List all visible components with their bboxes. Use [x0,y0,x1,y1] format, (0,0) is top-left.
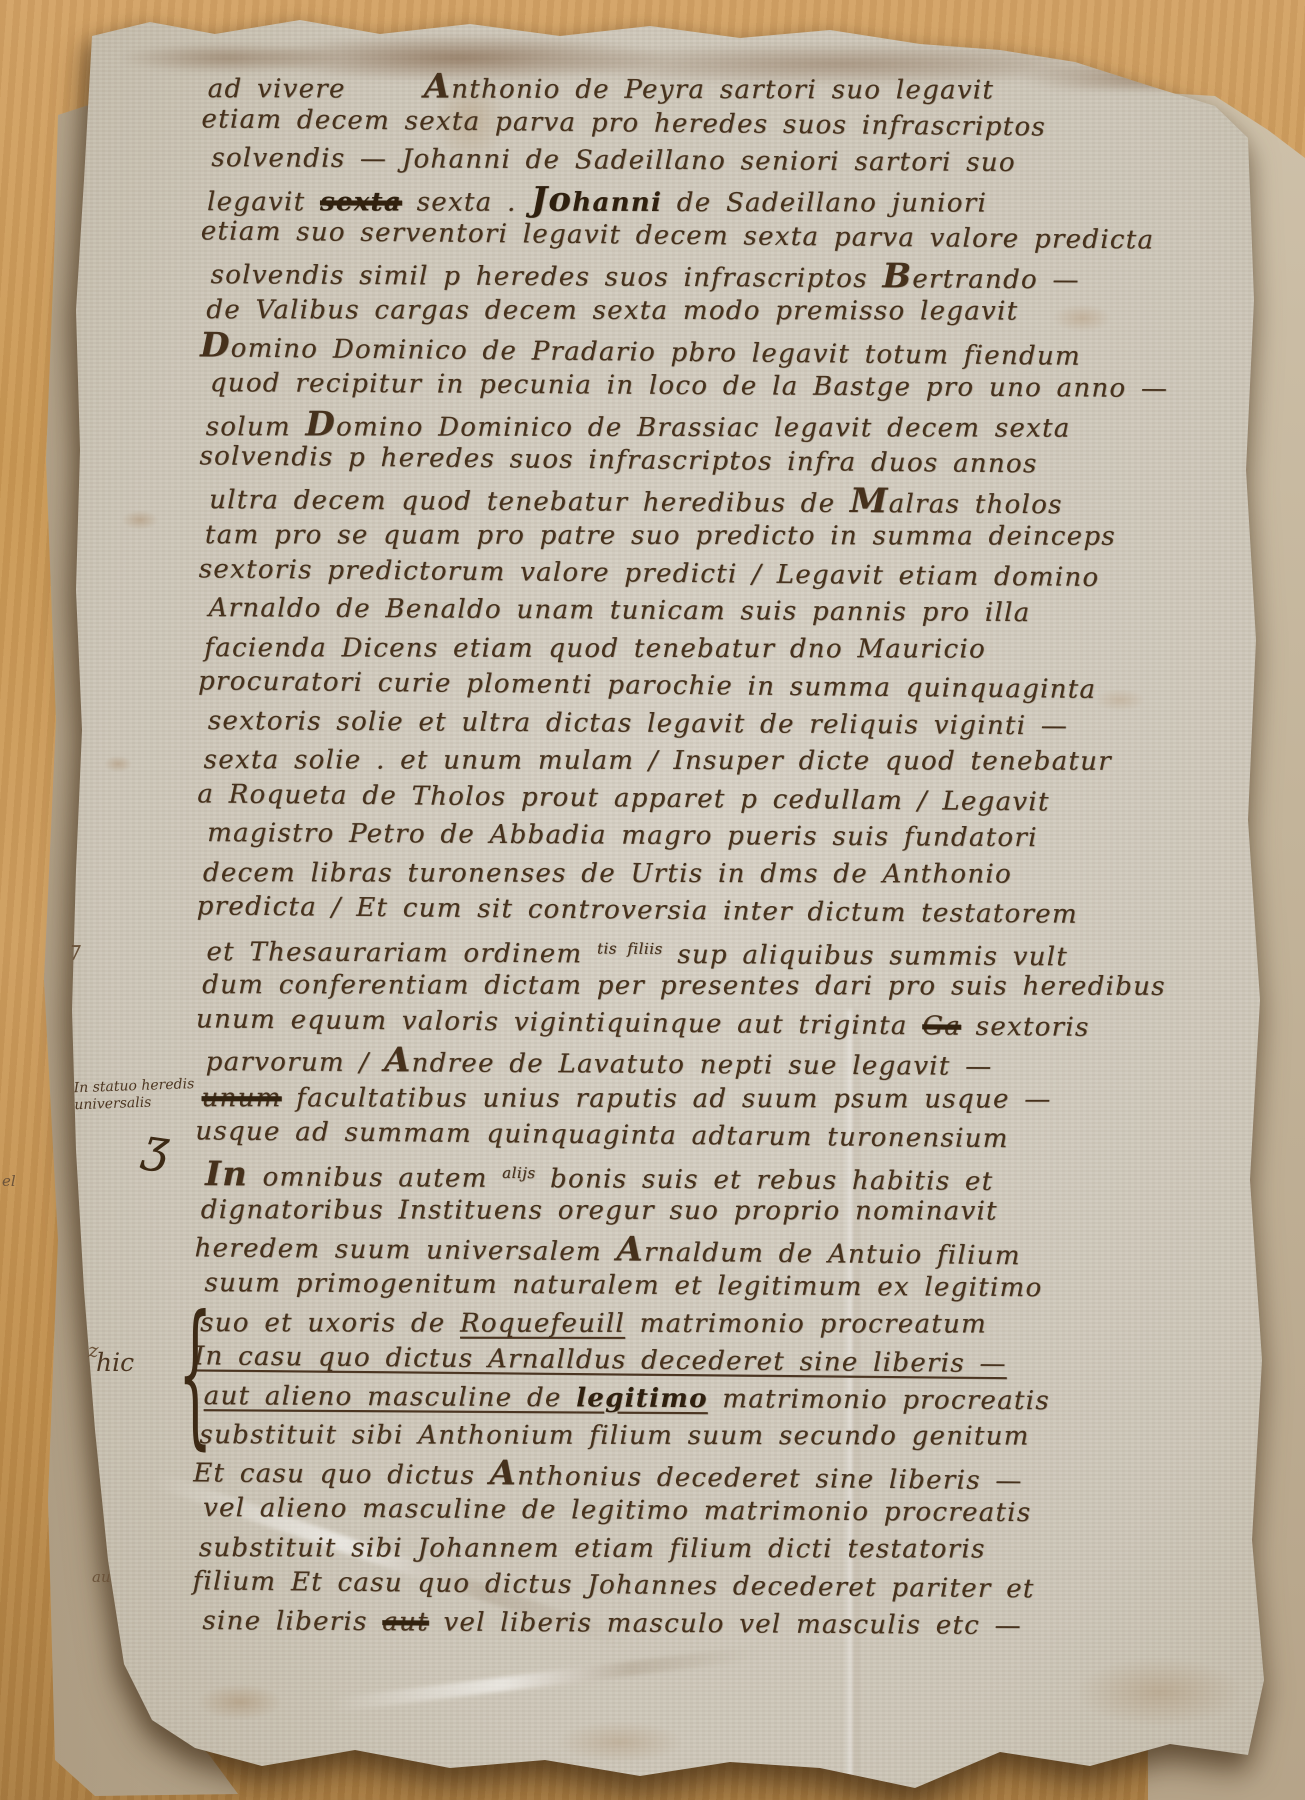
manuscript-line: solum Domino Dominico de Brassiac legavi… [206,405,1166,444]
ink-text: B [882,255,912,295]
ink-text: tam pro se quam pro patre suo predicto i… [205,520,1116,552]
ink-text: bonis suis et rebus habitis et [535,1164,993,1197]
manuscript-line: suo et uxoris de Roquefeuill matrimonio … [200,1305,1160,1344]
ink-text: solvendis p heredes suos infrascriptos i… [199,441,1037,479]
manuscript-line: Arnaldo de Benaldo unam tunicam suis pan… [208,590,1168,633]
manuscript-line: ad vivereAnthonio de Peyra sartori suo l… [208,67,1168,106]
manuscript-page: ad vivereAnthonio de Peyra sartori suo l… [0,0,1305,1800]
manuscript-line: substituit sibi Anthonium filium suum se… [199,1417,1159,1456]
ink-text: Ga [922,1011,961,1041]
ink-text: matrimonio procreatum [625,1308,987,1339]
text-block: ad vivereAnthonio de Peyra sartori suo l… [198,65,1168,1646]
ink-text: Et casu quo dictus [193,1458,490,1491]
ink-text: dum conferentiam dictam per presentes da… [202,970,1166,1002]
ink-text: ndree de Lavatuto nepti sue legavit — [412,1048,993,1082]
manuscript-line: parvorum / Andree de Lavatuto nepti sue … [206,1040,1166,1083]
manuscript-line: dum conferentiam dictam per presentes da… [202,967,1162,1006]
ink-text: sextoris solie et ultra dictas legavit d… [208,706,1069,741]
ink-text: de Valibus cargas decem sexta modo premi… [206,295,1018,326]
margin-note: In statuo heredis universalis [73,1076,204,1115]
manuscript-line: legavit sexta sexta . Johanni de Sadeill… [207,180,1167,219]
ink-text: legavit [207,187,320,217]
manuscript-line: facienda Dicens etiam quod tenebatur dno… [204,630,1164,669]
ink-text: A [616,1228,644,1268]
ink-text: legitimo [576,1383,708,1414]
ink-text: D [305,403,336,443]
ink-text: alijs [502,1163,535,1181]
ink-text: suum primogenitum naturalem et legitimum… [204,1268,1042,1303]
manuscript-line: substituit sibi Johannem etiam filium di… [199,1530,1159,1569]
ink-text: ad vivere [208,74,346,104]
ink-text: tis filiis [597,939,663,957]
ink-text: de Sadeillano juniori [662,187,987,218]
ink-text: etiam suo serventori legavit decem sexta… [201,216,1155,255]
ink-text: facultatibus unius raputis ad suum psum … [282,1083,1052,1114]
ink-text: sine liberis [202,1606,382,1637]
ink-text: aut alieno masculine de [204,1381,577,1413]
ink-text: solvendis simil p heredes suos infrascri… [210,260,882,294]
manuscript-line: magistro Petro de Abbadia magro pueris s… [207,815,1167,858]
ink-text: magistro Petro de Abbadia magro pueris s… [207,818,1038,853]
ink-text: parvorum / [206,1047,385,1078]
manuscript-line: sine liberis aut vel liberis masculo vel… [202,1603,1162,1646]
ink-text: Arnaldo de Benaldo unam tunicam suis pan… [208,593,1030,628]
ink-text: unum [201,1083,281,1113]
ink-text: In casu quo dictus Arnalldus decederet s… [194,1341,1007,1379]
manuscript-line: de Valibus cargas decem sexta modo premi… [206,292,1166,331]
ink-text: A [384,1039,412,1079]
ink-text: predicta / Et cum sit controversia inter… [197,891,1078,929]
ink-text: omnibus autem [248,1162,502,1194]
ink-text: a Roqueta de Tholos prout apparet p cedu… [197,779,1050,817]
ink-text: M [850,480,889,520]
undersheet-ink-mark: au [92,1568,111,1586]
ink-text: solum [206,412,306,442]
ink-text: quod recipitur in pecunia in loco de la … [210,368,1169,404]
ink-text: A [424,66,452,106]
ink-text: suo et uxoris de [200,1308,460,1338]
ink-text: matrimonio procreatis [708,1384,1050,1416]
ink-text: et Thesaurariam ordinem [206,937,597,969]
ink-text: vel liberis masculo vel masculis etc — [429,1607,1022,1641]
ink-text: nthonio de Peyra sartori suo legavit [451,75,994,106]
manuscript-line: dignatoribus Instituens oregur suo propr… [201,1192,1161,1231]
ink-text: sexta [320,187,402,217]
ink-text: dignatoribus Instituens oregur suo propr… [201,1195,998,1226]
manuscript-line: suum primogenitum naturalem et legitimum… [204,1265,1164,1308]
ink-text: nthonius decederet sine liberis — [517,1461,1023,1496]
margin-brace: { [178,1282,212,1465]
ink-text: vel alieno masculine de legitimo matrimo… [203,1493,1032,1528]
ink-text: alras tholos [889,489,1063,520]
undersheet-ink-mark: z [88,1338,99,1362]
ink-text: hanni [572,187,662,217]
ink-text: ultra decem quod tenebatur heredibus de [209,485,850,519]
manuscript-line: ultra decem quod tenebatur heredibus de … [209,478,1169,521]
ink-text: aut [382,1607,429,1637]
manuscript-line: et Thesaurariam ordinem tis filiis sup a… [206,928,1166,971]
ink-text: A [489,1452,517,1492]
ink-text: sextoris predictorum valore predicti / L… [199,554,1100,593]
manuscript-line: decem libras turonenses de Urtis in dms … [203,855,1163,894]
ink-text: Roquefeuill [460,1308,625,1338]
ink-text: usque ad summam quinquaginta adtarum tur… [195,1116,1009,1154]
ink-text: facienda Dicens etiam quod tenebatur dno… [204,633,986,664]
ink-text: Jo [531,178,572,218]
ink-text: sup aliquibus summis vult [663,939,1069,971]
ink-text: decem libras turonenses de Urtis in dms … [203,858,1012,889]
ink-text: sexta solie . et unum mulam / Insuper di… [204,745,1112,777]
ink-text: omino Dominico de Brassiac legavit decem… [336,412,1071,443]
ink-text: heredem suum universalem [194,1233,616,1267]
ink-text: rnaldum de Antuio filium [644,1237,1021,1271]
ink-text: unum equum valoris vigintiquinque aut tr… [196,1004,922,1041]
manuscript-line: tam pro se quam pro patre suo predicto i… [205,517,1165,556]
ink-text: substituit sibi Anthonium filium suum se… [199,1420,1029,1451]
manuscript-line: solvendis — Johanni de Sadeillano senior… [211,140,1171,183]
manuscript-line: vel alieno masculine de legitimo matrimo… [203,1490,1163,1533]
ink-text: D [200,324,231,364]
manuscript-line: sexta solie . et unum mulam / Insuper di… [204,742,1164,781]
ink-text: sextoris [961,1011,1090,1042]
ink-text: solvendis — Johanni de Sadeillano senior… [211,143,1016,178]
ink-text: In [205,1153,248,1193]
manuscript-line: unum facultatibus unius raputis ad suum … [201,1080,1161,1119]
photo-canvas: ad vivereAnthonio de Peyra sartori suo l… [0,0,1305,1800]
ink-text: filium Et casu quo dictus Johannes deced… [192,1566,1034,1604]
manuscript-line: solvendis simil p heredes suos infrascri… [210,253,1170,296]
undersheet-ink-mark: ⁊ [68,938,79,963]
ink-text: substituit sibi Johannem etiam filium di… [199,1533,986,1564]
ink-text: procuratori curie plomenti parochie in s… [198,666,1097,705]
manuscript-line: sextoris solie et ultra dictas legavit d… [208,703,1168,746]
ink-text: sexta . [402,187,531,217]
manuscript-line: quod recipitur in pecunia in loco de la … [210,365,1170,408]
undersheet-ink-mark: el [2,1172,16,1190]
hic-margin-note: hic [96,1348,134,1377]
manuscript-line: In omnibus autem alijs bonis suis et reb… [205,1153,1165,1196]
ink-text: ertrando — [912,264,1080,295]
page-shadow: ad vivereAnthonio de Peyra sartori suo l… [0,0,1305,1800]
ink-text: etiam decem sexta parva pro heredes suos… [201,104,1046,142]
manuscript-line: aut alieno masculine de legitimo matrimo… [204,1378,1164,1421]
